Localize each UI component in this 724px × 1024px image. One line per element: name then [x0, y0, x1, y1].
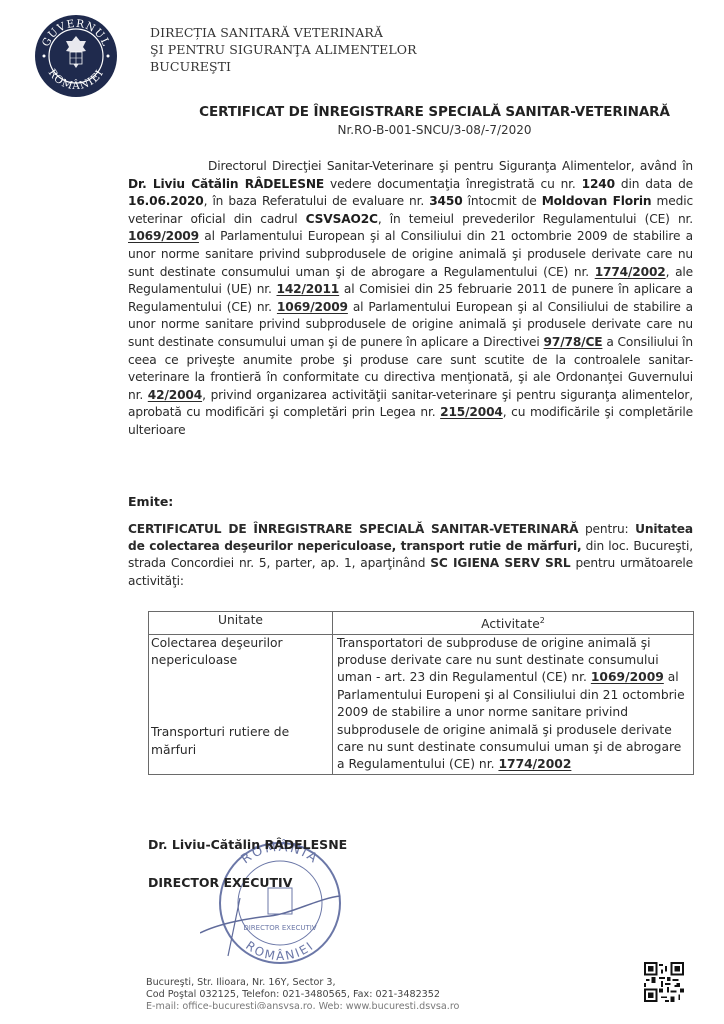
footer-contact: Bucureşti, Str. Ilioara, Nr. 16Y, Sector…: [146, 977, 459, 1009]
unit-item: Transporturi rutiere de mărfuri: [151, 724, 328, 759]
signatory-name: Dr. Liviu-Cătălin RÂDELESNE: [148, 837, 347, 852]
unit-cell: Colectarea deşeurilor nepericuloase Tran…: [149, 634, 333, 774]
report-number: 3450: [429, 194, 462, 208]
veterinarian-name: Moldovan Florin: [542, 194, 652, 208]
government-seal-icon: GUVERNUL ROMÂNIEI: [34, 14, 118, 98]
emits-label: Emite:: [128, 494, 173, 509]
company-name: SC IGIENA SERV SRL: [430, 556, 570, 570]
regulation-link: 1069/2009: [277, 300, 348, 314]
law-link: 215/2004: [440, 405, 503, 419]
certificate-number: Nr.RO-B-001-SNCU/3-08/-7/2020: [145, 123, 724, 137]
table-row: Colectarea deşeurilor nepericuloase Tran…: [149, 634, 694, 774]
issued-certificate-paragraph: CERTIFICATUL DE ÎNREGISTRARE SPECIALĂ SA…: [128, 521, 693, 590]
regulation-link: 142/2011: [277, 282, 340, 296]
regulation-link: 1774/2002: [595, 265, 666, 279]
text: Directorul Direcţiei Sanitar-Veterinare …: [208, 159, 693, 173]
signatory-title: DIRECTOR EXECUTIV: [148, 875, 292, 890]
footer-address: Bucureşti, Str. Ilioara, Nr. 16Y, Sector…: [146, 977, 459, 989]
official-stamp-icon: ROMÂNIA ROMÂNIEI DIRECTOR EXECUTIV: [200, 838, 350, 968]
qr-code-icon: [644, 962, 684, 1002]
svg-text:DIRECTOR EXECUTIV: DIRECTOR EXECUTIV: [243, 924, 316, 932]
column-header-unit: Unitate: [149, 612, 333, 635]
document-date: 16.06.2020: [128, 194, 204, 208]
activities-table: Unitate Activitate2 Colectarea deşeurilo…: [148, 611, 694, 775]
text: din data de: [615, 177, 693, 191]
table-header-row: Unitate Activitate2: [149, 612, 694, 635]
document-number: 1240: [582, 177, 615, 191]
issuing-authority: DIRECȚIA SANITARĂ VETERINARĂ ŞI PENTRU S…: [150, 24, 417, 75]
authority-line: BUCUREŞTI: [150, 58, 417, 75]
regulation-link: 1069/2009: [591, 670, 664, 684]
footer-email-web: E-mail: office-bucuresti@ansvsa.ro, Web:…: [146, 1001, 459, 1009]
text: , în baza Referatului de evaluare nr.: [204, 194, 430, 208]
unit-code: CSVSAO2C: [306, 212, 378, 226]
legal-basis-paragraph: Directorul Direcţiei Sanitar-Veterinare …: [128, 158, 693, 440]
activity-cell: Transportatori de subproduse de origine …: [333, 634, 694, 774]
footer-phone-fax: Cod Poştal 032125, Telefon: 021-3480565,…: [146, 989, 459, 1001]
unit-item: Colectarea deşeurilor nepericuloase: [151, 635, 328, 670]
text: , în temeiul prevederilor Regulamentului…: [378, 212, 693, 226]
text: pentru:: [578, 522, 635, 536]
authority-line: ŞI PENTRU SIGURANŢA ALIMENTELOR: [150, 41, 417, 58]
director-name: Dr. Liviu Cătălin RÂDELESNE: [128, 177, 324, 191]
svg-text:ROMÂNIEI: ROMÂNIEI: [243, 938, 317, 963]
directive-link: 97/78/CE: [544, 335, 603, 349]
authority-line: DIRECȚIA SANITARĂ VETERINARĂ: [150, 24, 417, 41]
text: întocmit de: [463, 194, 542, 208]
certificate-title: CERTIFICAT DE ÎNREGISTRARE SPECIALĂ SANI…: [145, 104, 724, 120]
header-text: Activitate: [481, 617, 540, 631]
certificate-name: CERTIFICATUL DE ÎNREGISTRARE SPECIALĂ SA…: [128, 522, 578, 536]
regulation-link: 1069/2009: [128, 229, 199, 243]
footnote-marker: 2: [540, 616, 545, 625]
regulation-link: 1774/2002: [498, 757, 571, 771]
column-header-activity: Activitate2: [333, 612, 694, 635]
ordinance-link: 42/2004: [148, 388, 202, 402]
document-title: CERTIFICAT DE ÎNREGISTRARE SPECIALĂ SANI…: [0, 104, 724, 137]
text: vedere documentaţia înregistrată cu nr.: [324, 177, 582, 191]
